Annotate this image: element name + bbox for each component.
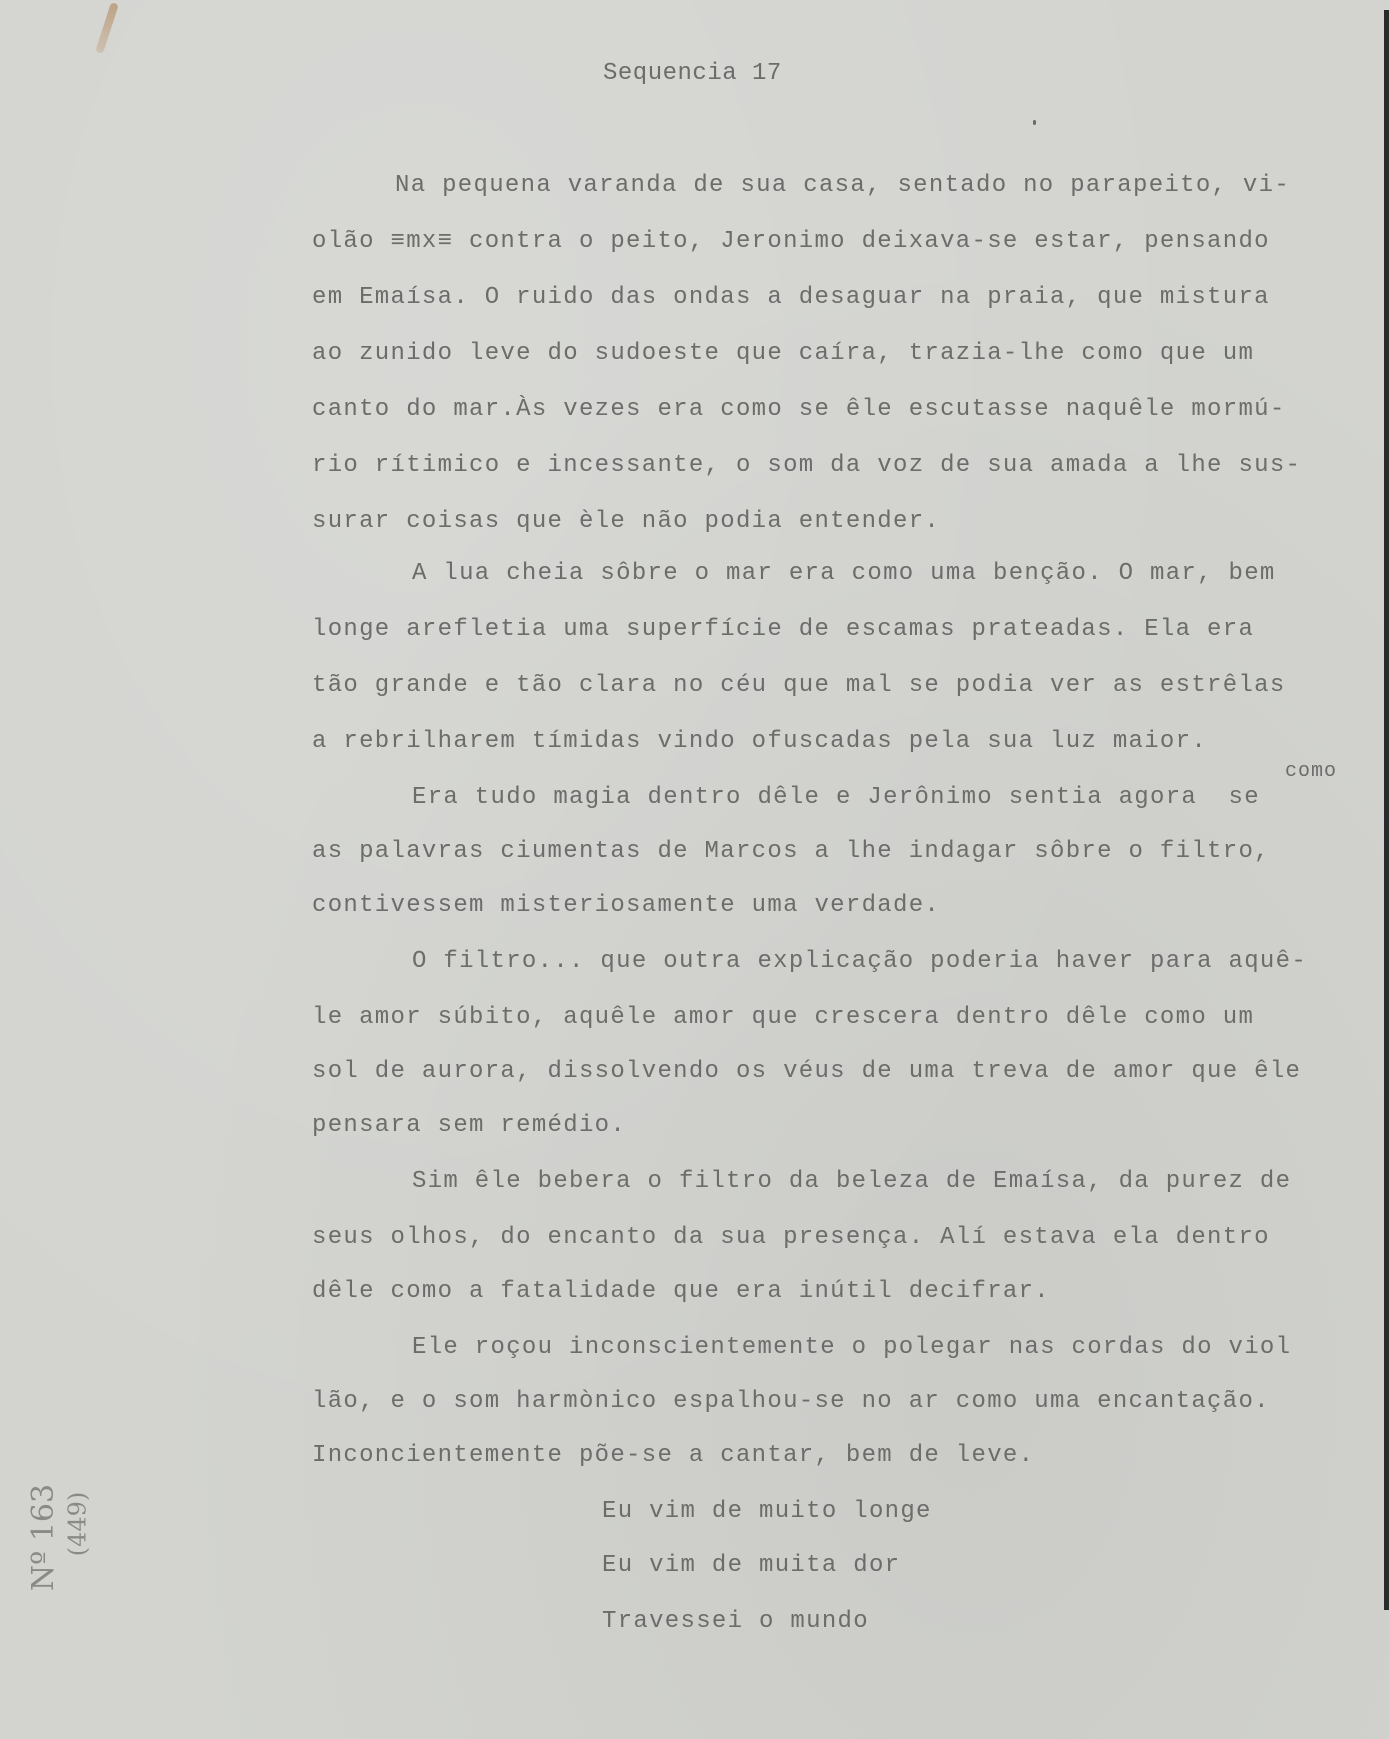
verse-line: Eu vim de muita dor [602, 1552, 900, 1580]
page-title: Sequencia 17 [603, 60, 782, 87]
text-line: Na pequena varanda de sua casa, sentado … [395, 172, 1290, 200]
verse-line: Eu vim de muito longe [602, 1498, 932, 1526]
paper-stain [95, 2, 119, 54]
text-line: olão ≡mx≡ contra o peito, Jeronimo deixa… [312, 228, 1270, 256]
text-line: pensara sem remédio. [312, 1112, 626, 1140]
text-line: em Emaísa. O ruido das ondas a desaguar … [312, 284, 1270, 312]
text-line: a rebrilharem tímidas vindo ofuscadas pe… [312, 728, 1207, 756]
verse-line: Travessei o mundo [602, 1608, 869, 1636]
text-line: lão, e o som harmònico espalhou-se no ar… [312, 1388, 1270, 1416]
text-line: as palavras ciumentas de Marcos a lhe in… [312, 838, 1270, 866]
text-line: dêle como a fatalidade que era inútil de… [312, 1278, 1050, 1306]
text-line: surar coisas que èle não podia entender. [312, 508, 940, 536]
text-line: longe arefletia uma superfície de escama… [312, 616, 1254, 644]
text-line: ao zunido leve do sudoeste que caíra, tr… [312, 340, 1254, 368]
text-line: le amor súbito, aquêle amor que crescera… [312, 1004, 1254, 1032]
text-line: canto do mar.Às vezes era como se êle es… [312, 396, 1286, 424]
text-line: sol de aurora, dissolvendo os véus de um… [312, 1058, 1301, 1086]
text-line: Inconcientemente põe-se a cantar, bem de… [312, 1442, 1034, 1470]
text-line: rio rítimico e incessante, o som da voz … [312, 452, 1301, 480]
ink-speck [1033, 120, 1036, 125]
interlinear-insert: como [1285, 760, 1337, 783]
text-line: Ele roçou inconscientemente o polegar na… [412, 1334, 1291, 1362]
archive-number: Nº 163 [26, 1484, 61, 1591]
archive-secondary-number: (449) [63, 1492, 91, 1557]
text-line: seus olhos, do encanto da sua presença. … [312, 1224, 1270, 1252]
text-line: Sim êle bebera o filtro da beleza de Ema… [412, 1168, 1291, 1196]
text-line: Era tudo magia dentro dêle e Jerônimo se… [412, 784, 1260, 812]
text-line: O filtro... que outra explicação poderia… [412, 948, 1307, 976]
handwritten-margin-note: Nº 163 (449) [30, 1440, 140, 1640]
text-line: contivessem misteriosamente uma verdade. [312, 892, 940, 920]
text-line: tão grande e tão clara no céu que mal se… [312, 672, 1286, 700]
text-line: A lua cheia sôbre o mar era como uma ben… [412, 560, 1276, 588]
page-edge-shadow [1384, 10, 1389, 1610]
